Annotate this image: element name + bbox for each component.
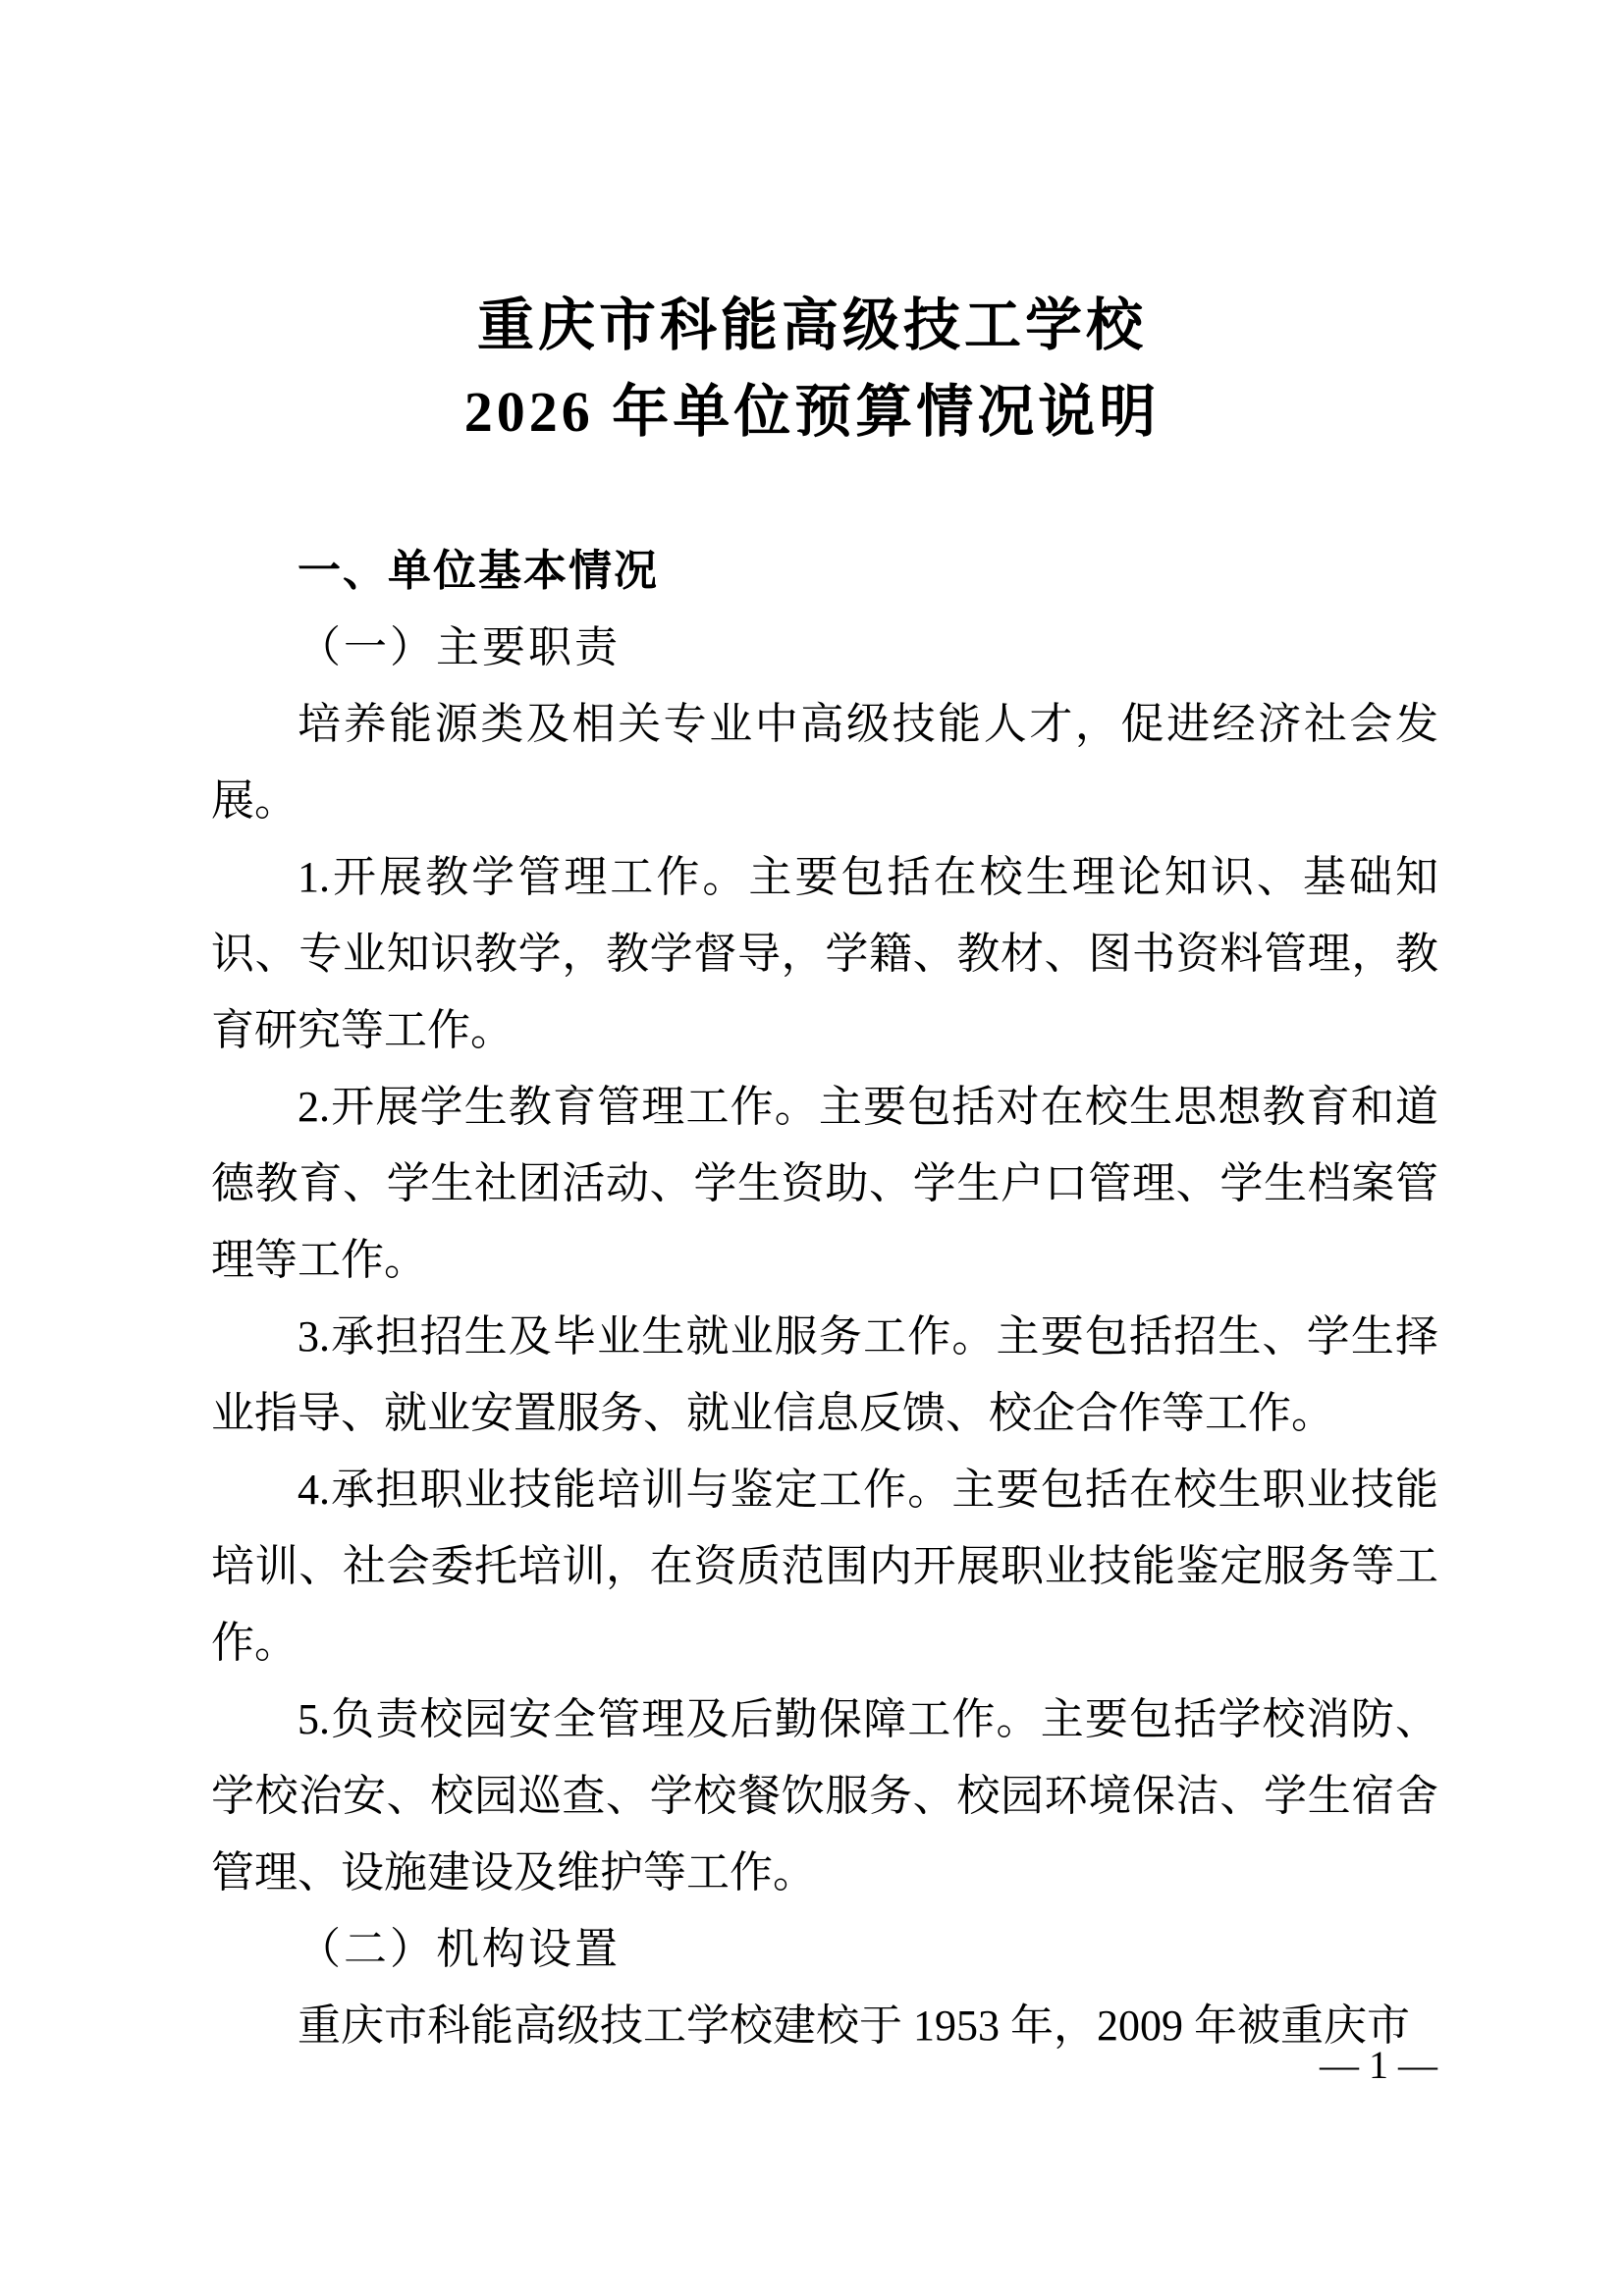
subsection-heading-main-duties: （一）主要职责 bbox=[211, 610, 1438, 686]
document-title-line-1: 重庆市科能高级技工学校 bbox=[0, 283, 1624, 369]
body-paragraph-org-intro: 重庆市科能高级技工学校建校于 1953 年，2009 年被重庆市 bbox=[211, 1988, 1438, 2064]
document-page: 重庆市科能高级技工学校 2026 年单位预算情况说明 一、单位基本情况 （一）主… bbox=[0, 0, 1624, 2296]
body-paragraph-duty-2: 2.开展学生教育管理工作。主要包括对在校生思想教育和道德教育、学生社团活动、学生… bbox=[211, 1069, 1438, 1299]
body-paragraph-duty-5: 5.负责校园安全管理及后勤保障工作。主要包括学校消防、学校治安、校园巡查、学校餐… bbox=[211, 1682, 1438, 1911]
page-number: — 1 — bbox=[1320, 2044, 1437, 2087]
document-title-line-2: 2026 年单位预算情况说明 bbox=[0, 369, 1624, 455]
document-title: 重庆市科能高级技工学校 2026 年单位预算情况说明 bbox=[0, 283, 1624, 455]
section-heading-unit-basic-info: 一、单位基本情况 bbox=[211, 533, 1438, 610]
body-paragraph-duty-4: 4.承担职业技能培训与鉴定工作。主要包括在校生职业技能培训、社会委托培训，在资质… bbox=[211, 1452, 1438, 1682]
document-body: 一、单位基本情况 （一）主要职责 培养能源类及相关专业中高级技能人才，促进经济社… bbox=[211, 533, 1438, 2064]
body-paragraph-duty-3: 3.承担招生及毕业生就业服务工作。主要包括招生、学生择业指导、就业安置服务、就业… bbox=[211, 1299, 1438, 1452]
body-paragraph-intro: 培养能源类及相关专业中高级技能人才，促进经济社会发展。 bbox=[211, 686, 1438, 839]
body-paragraph-duty-1: 1.开展教学管理工作。主要包括在校生理论知识、基础知识、专业知识教学，教学督导，… bbox=[211, 839, 1438, 1069]
subsection-heading-org-structure: （二）机构设置 bbox=[211, 1911, 1438, 1988]
